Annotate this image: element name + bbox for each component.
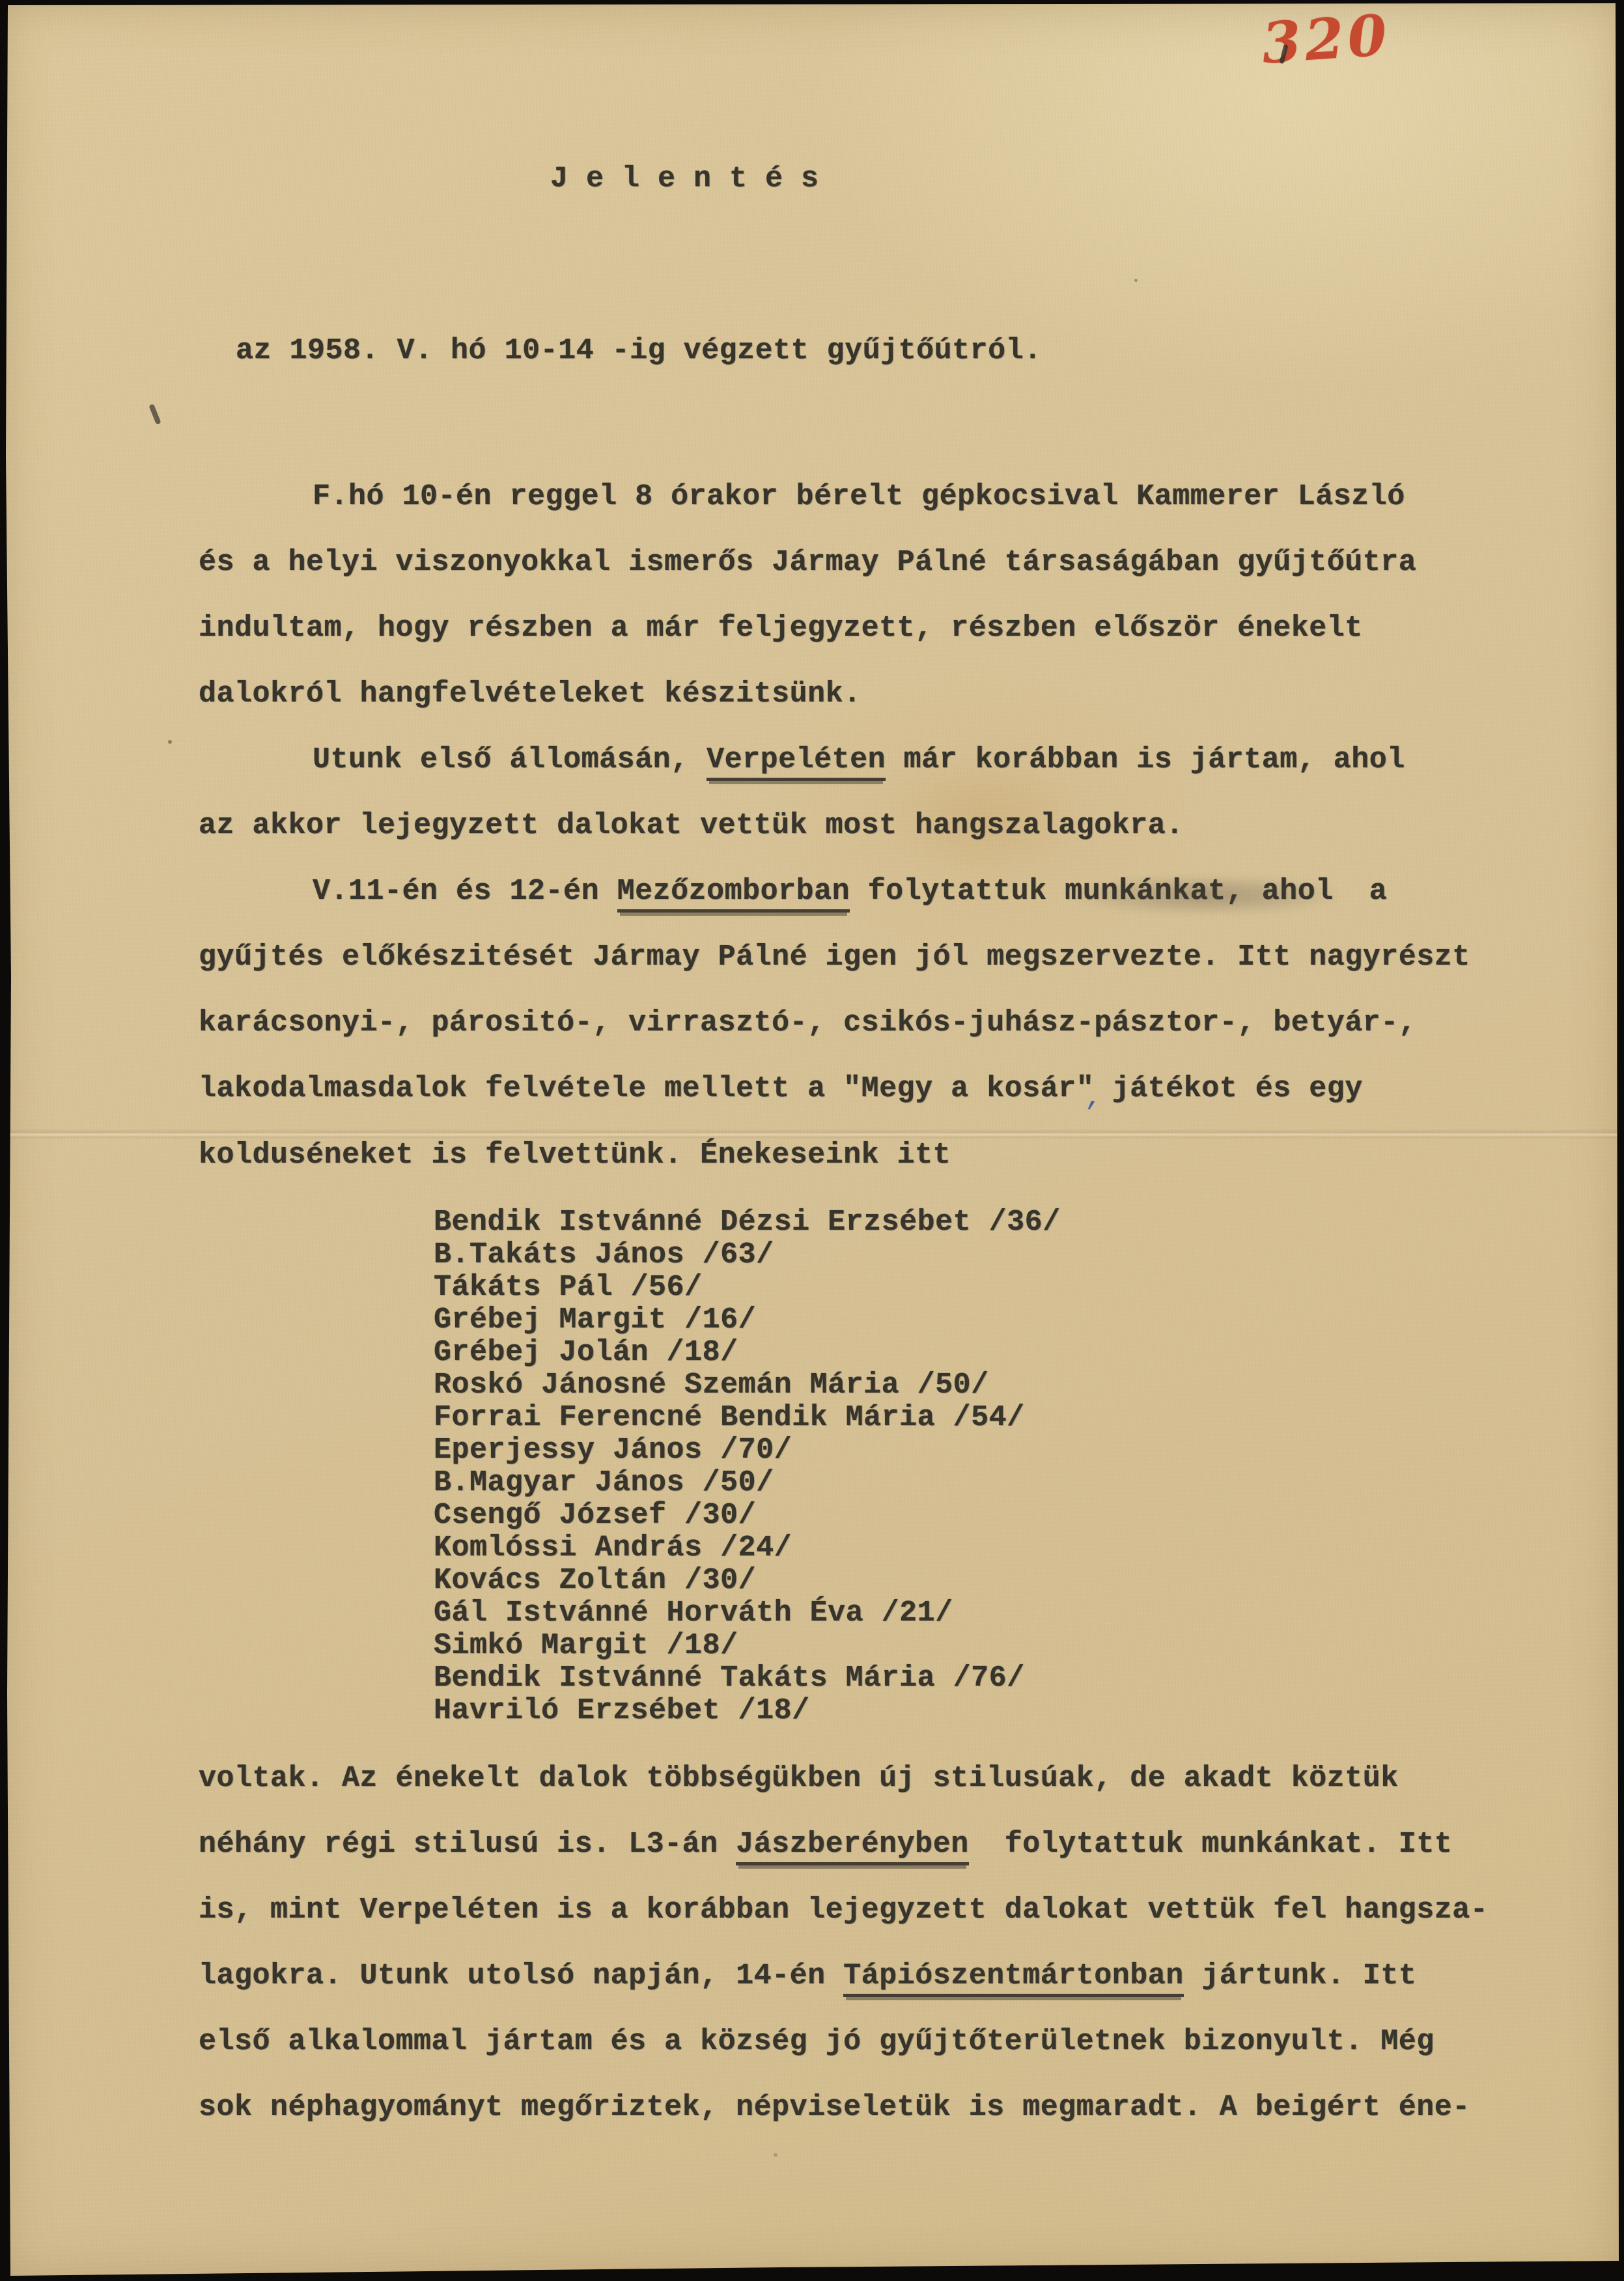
singer-list-item: Havriló Erzsébet /18/: [434, 1695, 1061, 1727]
text-line: és a helyi viszonyokkal ismerős Jármay P…: [199, 530, 1470, 595]
paper-speck: [1134, 279, 1138, 282]
singer-list-item: Roskó Jánosné Szemán Mária /50/: [434, 1369, 1061, 1402]
singer-list-item: B.Takáts János /63/: [434, 1239, 1061, 1271]
intro-paragraphs: F.hó 10-én reggel 8 órakor bérelt gépkoc…: [199, 464, 1470, 1188]
closing-paragraph: voltak. Az énekelt dalok többségükben új…: [199, 1746, 1488, 2140]
singer-list-item: Kovács Zoltán /30/: [434, 1565, 1061, 1597]
singer-list-item: Simkó Margit /18/: [434, 1630, 1061, 1662]
text-line: is, mint Verpeléten is a korábban lejegy…: [199, 1877, 1488, 1943]
text-line: gyűjtés előkészitését Jármay Pálné igen …: [199, 924, 1470, 990]
text-line: indultam, hogy részben a már feljegyzett…: [199, 595, 1470, 661]
underlined-place-name: Jászberényben: [736, 1828, 969, 1865]
underlined-place-name: Mezőzomborban: [617, 875, 850, 913]
text-line: az akkor lejegyzett dalokat vettük most …: [199, 793, 1470, 858]
singer-list-item: Tákáts Pál /56/: [434, 1271, 1061, 1304]
text-line: V.11-én és 12-én Mezőzomborban folytattu…: [199, 858, 1470, 924]
paper-speck: [168, 740, 172, 744]
singer-list-item: Grébej Margit /16/: [434, 1304, 1061, 1337]
underlined-place-name: Tápiószentmártonban: [843, 1959, 1184, 1997]
singer-list-item: Eperjessy János /70/: [434, 1434, 1061, 1467]
text-line: kolduséneket is felvettünk. Énekeseink i…: [199, 1122, 1470, 1188]
blue-ink-insertion-mark: ,: [1082, 1064, 1091, 1129]
paper-speck: [774, 2153, 777, 2157]
singer-list-item: Komlóssi András /24/: [434, 1532, 1061, 1565]
document-subtitle: az 1958. V. hó 10-14 -ig végzett gyűjtőú…: [236, 333, 1042, 369]
text-line: karácsonyi-, párositó-, virrasztó-, csik…: [199, 990, 1470, 1056]
text-line: néhány régi stilusú is. L3-án Jászberény…: [199, 1811, 1488, 1877]
text-line: első alkalommal jártam és a község jó gy…: [199, 2009, 1488, 2075]
paper-sheet: 320 J e l e n t é s az 1958. V. hó 10-14…: [0, 0, 1624, 2281]
singer-list-item: Csengő József /30/: [434, 1499, 1061, 1532]
singer-list-item: Forrai Ferencné Bendik Mária /54/: [434, 1402, 1061, 1434]
text-line: voltak. Az énekelt dalok többségükben új…: [199, 1746, 1488, 1811]
singers-list: Bendik Istvánné Dézsi Erzsébet /36/B.Tak…: [434, 1206, 1061, 1727]
scanned-document-page: { "page": { "handwritten_page_number": "…: [0, 0, 1624, 2281]
text-line: lakodalmasdalok felvétele mellett a "Meg…: [199, 1056, 1470, 1122]
text-line: dalokról hangfelvételeket készitsünk.: [199, 661, 1470, 727]
pencil-check-mark: [148, 404, 161, 425]
singer-list-item: Grébej Jolán /18/: [434, 1337, 1061, 1369]
text-line: F.hó 10-én reggel 8 órakor bérelt gépkoc…: [199, 464, 1470, 530]
singer-list-item: Bendik Istvánné Takáts Mária /76/: [434, 1662, 1061, 1695]
handwritten-page-number: 320: [1260, 2, 1393, 77]
singer-list-item: B.Magyar János /50/: [434, 1467, 1061, 1499]
underlined-place-name: Verpeléten: [707, 743, 886, 781]
pencil-smudged-word: munkánkat,: [1065, 875, 1244, 908]
text-line: Utunk első állomásán, Verpeléten már kor…: [199, 727, 1470, 793]
singer-list-item: Bendik Istvánné Dézsi Erzsébet /36/: [434, 1206, 1061, 1239]
text-line: sok néphagyományt megőriztek, népviselet…: [199, 2075, 1488, 2140]
singer-list-item: Gál Istvánné Horváth Éva /21/: [434, 1597, 1061, 1630]
text-line: lagokra. Utunk utolsó napján, 14-én Tápi…: [199, 1943, 1488, 2009]
document-title: J e l e n t é s: [550, 162, 819, 197]
